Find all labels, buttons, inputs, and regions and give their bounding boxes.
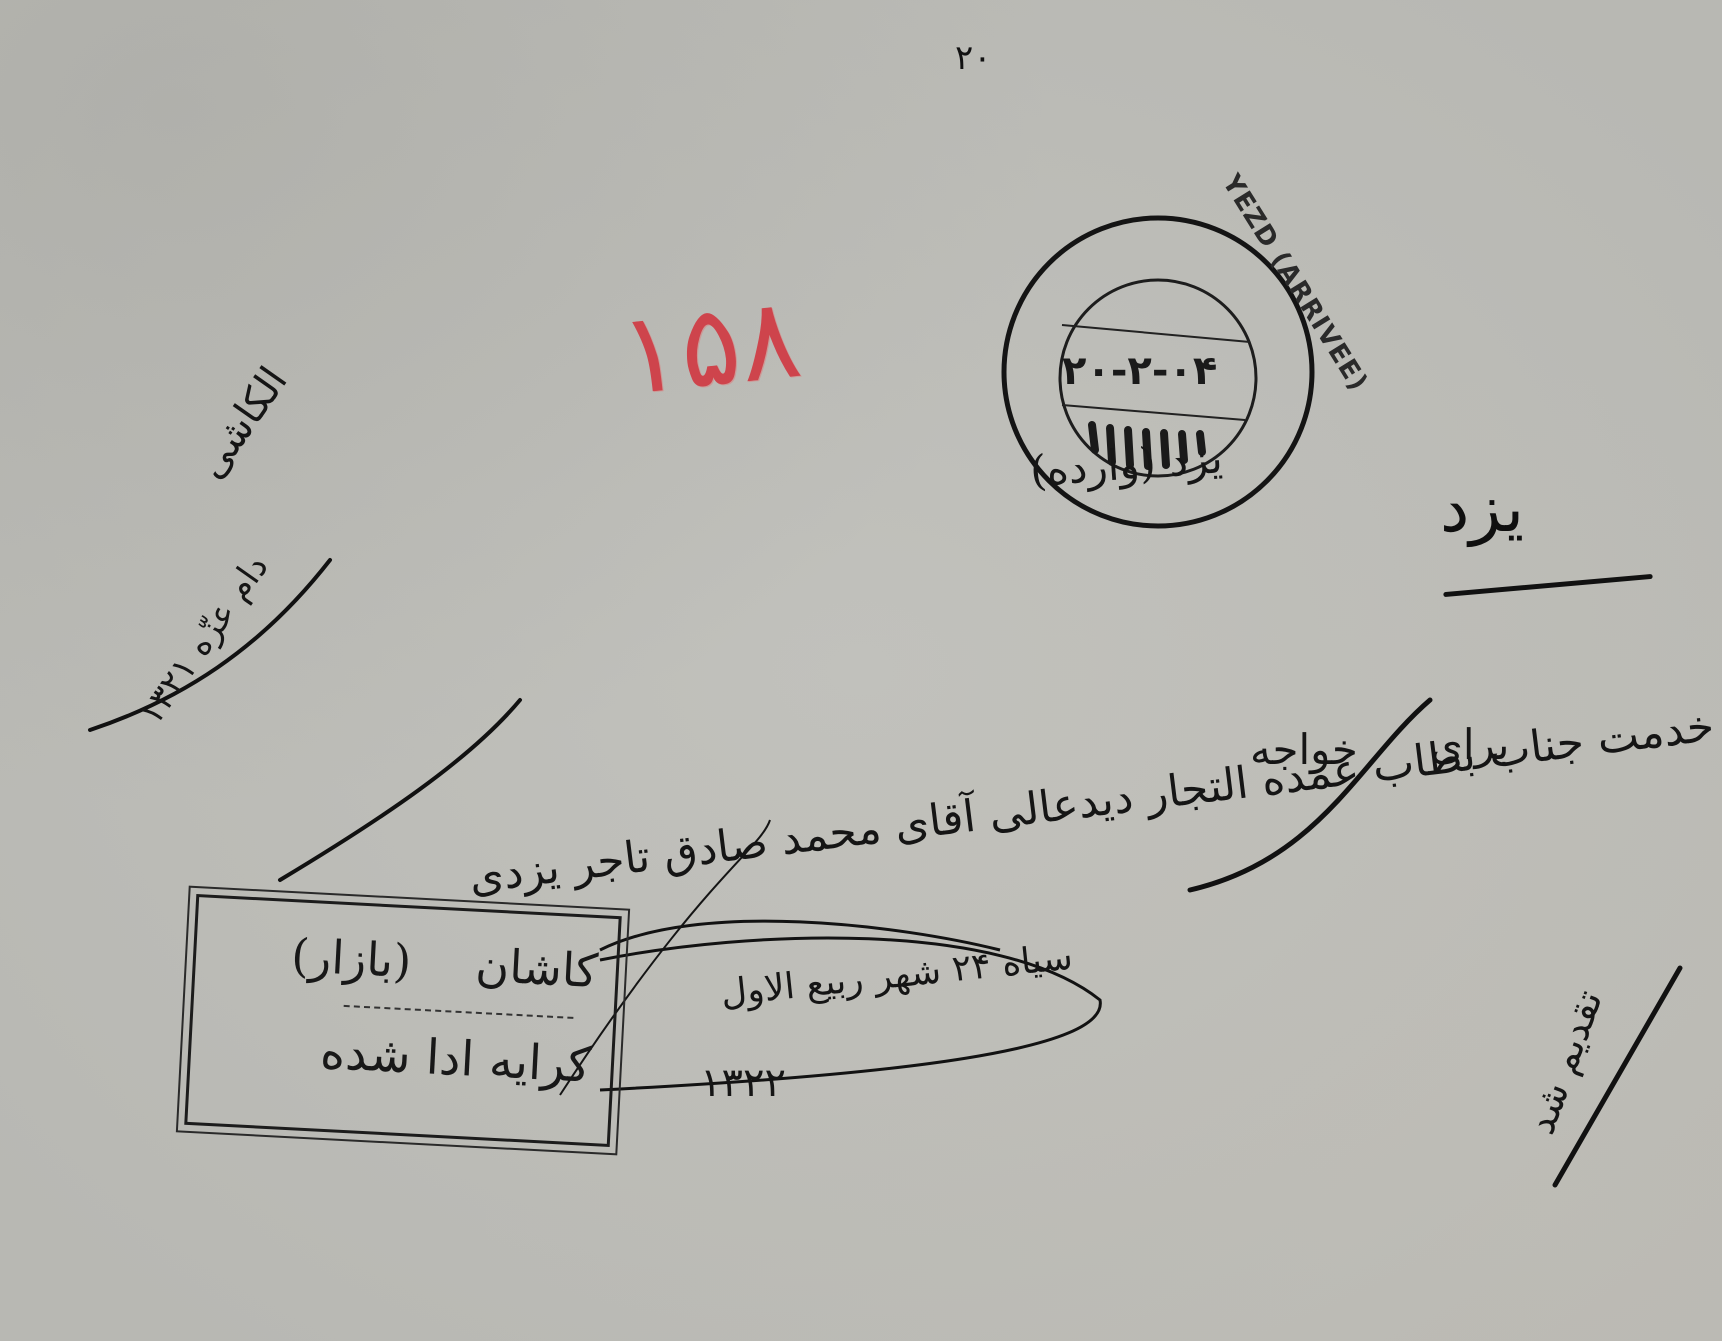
envelope: ۲۰ YEZD (ARRIVEE) ۲۰-۲-۰۴ یزد (وارده) ۱۵… (0, 0, 1722, 1341)
postage-paid-box-stamp: کاشان (بازار) کرایه ادا شده (184, 894, 622, 1147)
bottom-note-2: ۱۳۲۲ (700, 1060, 786, 1106)
ink-strokes (0, 0, 1722, 1341)
postmark-date: ۲۰-۲-۰۴ (1062, 348, 1217, 394)
red-crayon-notation: ۱۵۸ (614, 273, 807, 421)
box-stamp-district: (بازار) (290, 928, 413, 988)
box-stamp-city: کاشان (474, 938, 599, 998)
box-stamp-line-2: کرایه ادا شده (319, 1024, 592, 1094)
destination-city: یزد (1440, 470, 1524, 547)
box-stamp-ornament (344, 1005, 574, 1019)
box-stamp-line-1: کاشان (بازار) (290, 928, 599, 998)
top-mark: ۲۰ (955, 38, 992, 78)
